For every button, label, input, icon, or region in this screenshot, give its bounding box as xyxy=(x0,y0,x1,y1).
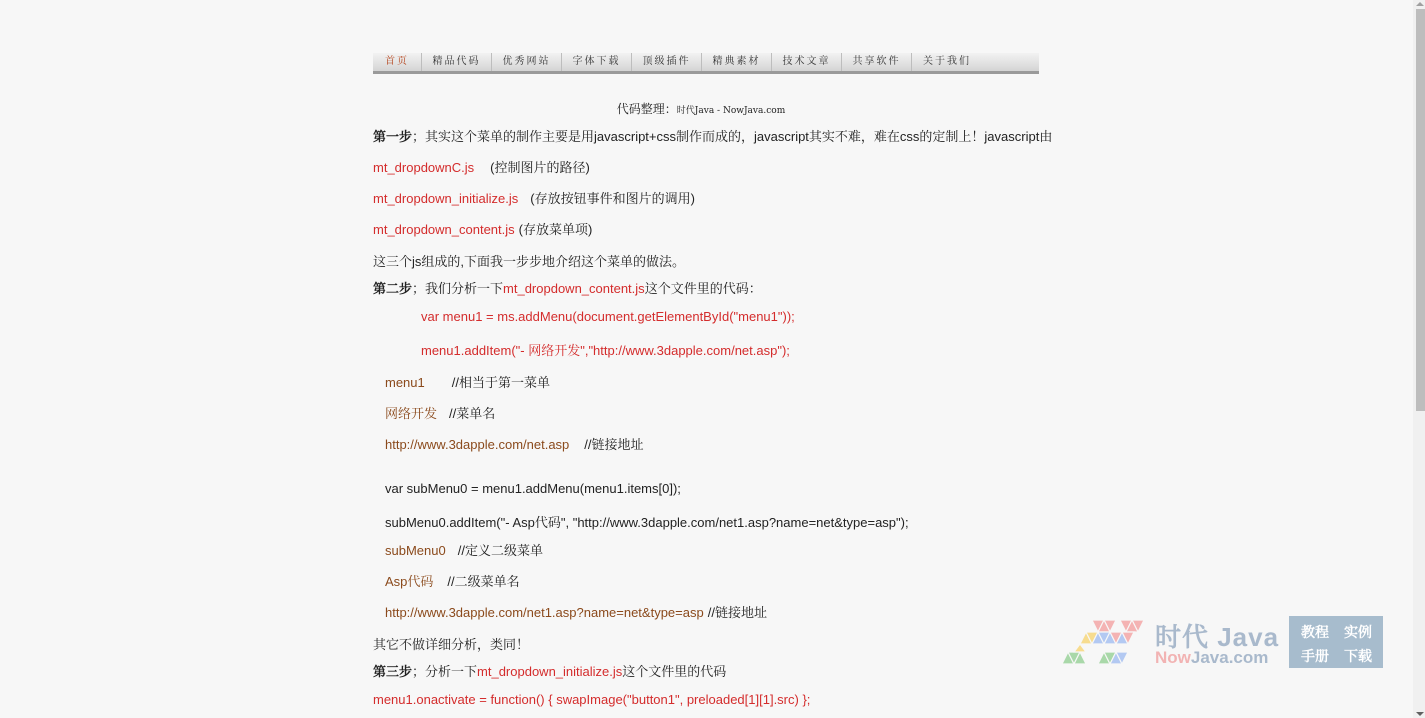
note-term: subMenu0 xyxy=(385,543,446,558)
menu-item-home[interactable]: 首页 xyxy=(373,53,422,71)
step1-paragraph: 第一步；其实这个菜单的制作主要是用javascript+css制作而成的，jav… xyxy=(373,126,1052,145)
menu-item-software[interactable]: 共享软件 xyxy=(842,53,912,71)
note-row: menu1//相当于第一菜单 xyxy=(385,372,550,391)
file-link-dropdownc[interactable]: mt_dropdownC.js xyxy=(373,160,474,175)
watermark-examples: 实例 xyxy=(1344,622,1372,642)
note-term: Asp代码 xyxy=(385,574,433,589)
step2-post: 这个文件里的代码： xyxy=(645,281,762,296)
watermark-manual: 手册 xyxy=(1301,646,1329,666)
file-desc: (存放按钮事件和图片的调用) xyxy=(530,191,695,206)
menu-item-materials[interactable]: 精典素材 xyxy=(702,53,772,71)
summary-text: 这三个js组成的,下面我一步步地介绍这个菜单的做法。 xyxy=(373,251,685,270)
watermark-box: 教程 实例 手册 下载 xyxy=(1289,616,1383,668)
watermark-domain: NowJava.com xyxy=(1155,648,1268,668)
note-row: http://www.3dapple.com/net.asp//链接地址 xyxy=(385,434,644,453)
menu-item-code[interactable]: 精品代码 xyxy=(422,53,492,71)
menu-item-about[interactable]: 关于我们 xyxy=(912,53,982,71)
code-line-1: var menu1 = ms.addMenu(document.getEleme… xyxy=(421,309,795,324)
step3-paragraph: 第三步；分析一下mt_dropdown_initialize.js这个文件里的代… xyxy=(373,661,726,680)
scroll-up-icon[interactable] xyxy=(1416,2,1424,6)
note-comment: //链接地址 xyxy=(708,605,767,620)
credit-label: 代码整理： xyxy=(617,102,677,116)
code-line-2: menu1.addItem("- 网络开发","http://www.3dapp… xyxy=(421,340,790,359)
nowjava-watermark: 时代 Java NowJava.com 教程 实例 手册 下载 xyxy=(1043,612,1388,672)
top-menubar: 首页 精品代码 优秀网站 字体下载 顶级插件 精典素材 技术文章 共享软件 关于… xyxy=(373,53,1039,74)
note-term: 网络开发 xyxy=(385,406,437,421)
file-link-initialize[interactable]: mt_dropdown_initialize.js xyxy=(373,191,518,206)
code-line-3: var subMenu0 = menu1.addMenu(menu1.items… xyxy=(385,481,681,496)
step3-file: mt_dropdown_initialize.js xyxy=(477,664,622,679)
note-row: http://www.3dapple.com/net1.asp?name=net… xyxy=(385,602,767,621)
note-comment: //二级菜单名 xyxy=(447,574,519,589)
code-line-4: subMenu0.addItem("- Asp代码", "http://www.… xyxy=(385,512,909,531)
note-comment: //链接地址 xyxy=(584,437,643,452)
step3-post: 这个文件里的代码 xyxy=(622,664,726,679)
note-term: http://www.3dapple.com/net.asp xyxy=(385,437,569,452)
credit-line: 代码整理：时代Java - NowJava.com xyxy=(373,100,1029,117)
menu-item-fonts[interactable]: 字体下载 xyxy=(562,53,632,71)
note-term: menu1 xyxy=(385,375,425,390)
menu-item-articles[interactable]: 技术文章 xyxy=(772,53,842,71)
menu-item-sites[interactable]: 优秀网站 xyxy=(492,53,562,71)
note-term: http://www.3dapple.com/net1.asp?name=net… xyxy=(385,605,704,620)
other-text: 其它不做详细分析，类同！ xyxy=(373,634,529,653)
credit-source: 时代Java - NowJava.com xyxy=(677,106,785,116)
file-link-content[interactable]: mt_dropdown_content.js xyxy=(373,222,515,237)
note-comment: //菜单名 xyxy=(449,406,495,421)
step1-text: ；其实这个菜单的制作主要是用javascript+css制作而成的，javasc… xyxy=(412,129,1052,144)
step1-title: 第一步 xyxy=(373,129,412,144)
logo-triangles-icon xyxy=(1058,614,1168,674)
step2-paragraph: 第二步；我们分析一下mt_dropdown_content.js这个文件里的代码… xyxy=(373,278,762,297)
step3-title: 第三步 xyxy=(373,664,412,679)
note-row: subMenu0//定义二级菜单 xyxy=(385,540,543,559)
note-row: Asp代码//二级菜单名 xyxy=(385,571,520,590)
menu-item-plugins[interactable]: 顶级插件 xyxy=(632,53,702,71)
step2-pre: ；我们分析一下 xyxy=(412,281,503,296)
step2-file: mt_dropdown_content.js xyxy=(503,281,645,296)
step2-title: 第二步 xyxy=(373,281,412,296)
scroll-down-icon[interactable] xyxy=(1416,712,1424,716)
note-comment: //定义二级菜单 xyxy=(458,543,543,558)
note-row: 网络开发//菜单名 xyxy=(385,403,495,422)
watermark-tutorial: 教程 xyxy=(1301,622,1329,642)
vertical-scrollbar[interactable] xyxy=(1413,0,1425,718)
scrollbar-thumb[interactable] xyxy=(1416,9,1425,411)
file-row: mt_dropdown_initialize.js(存放按钮事件和图片的调用) xyxy=(373,188,695,207)
file-row: mt_dropdown_content.js(存放菜单项) xyxy=(373,219,592,238)
step3-pre: ；分析一下 xyxy=(412,664,477,679)
file-desc: (存放菜单项) xyxy=(519,222,593,237)
code-line-5: menu1.onactivate = function() { swapImag… xyxy=(373,692,810,707)
file-row: mt_dropdownC.js(控制图片的路径) xyxy=(373,157,590,176)
watermark-download: 下载 xyxy=(1344,646,1372,666)
note-comment: //相当于第一菜单 xyxy=(452,375,550,390)
file-desc: (控制图片的路径) xyxy=(490,160,590,175)
